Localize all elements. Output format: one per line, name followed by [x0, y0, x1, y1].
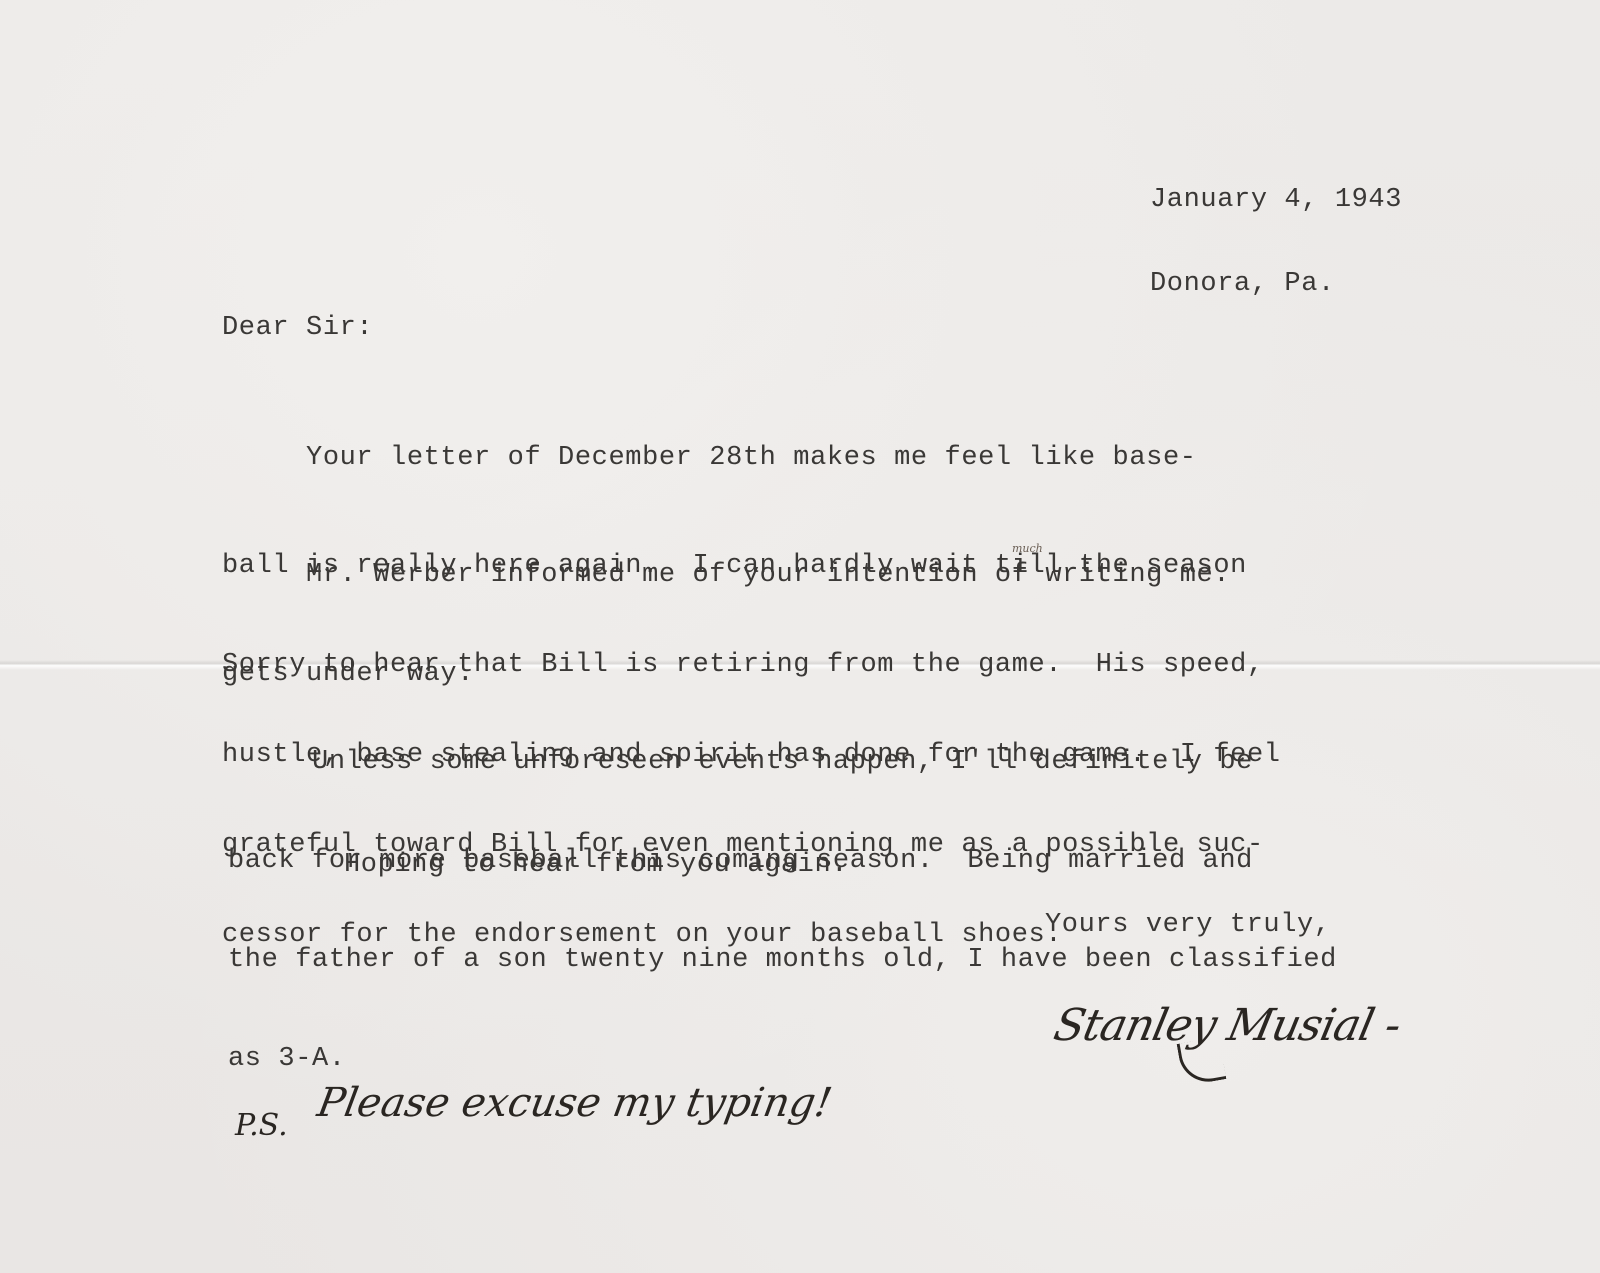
valediction: Yours very truly, — [1045, 910, 1331, 941]
salutation: Dear Sir: — [222, 313, 373, 344]
postscript-label: P.S. — [235, 1108, 288, 1143]
postscript-note: Please excuse my typing! — [314, 1080, 835, 1126]
closing-line: Hoping to hear from you again. — [344, 850, 848, 881]
handwritten-insert-annotation: much — [1012, 542, 1043, 555]
paragraph-line: Your letter of December 28th makes me fe… — [222, 440, 1247, 476]
letter-date: January 4, 1943 — [1150, 186, 1402, 214]
paragraph-line: Unless some unforeseen events happen, I'… — [228, 746, 1337, 779]
paragraph-line: Sorry to hear that Bill is retiring from… — [222, 650, 1281, 680]
paragraph-line: the father of a son twenty nine months o… — [228, 944, 1337, 977]
letter-paper: January 4, 1943 Donora, Pa. Dear Sir: Yo… — [0, 0, 1600, 1273]
letter-place: Donora, Pa. — [1150, 270, 1402, 298]
signature: Stanley Musial - — [1050, 1000, 1405, 1051]
date-block: January 4, 1943 Donora, Pa. — [1150, 130, 1402, 354]
paragraph-line: Mr. Werber informed me of your intention… — [222, 560, 1281, 590]
